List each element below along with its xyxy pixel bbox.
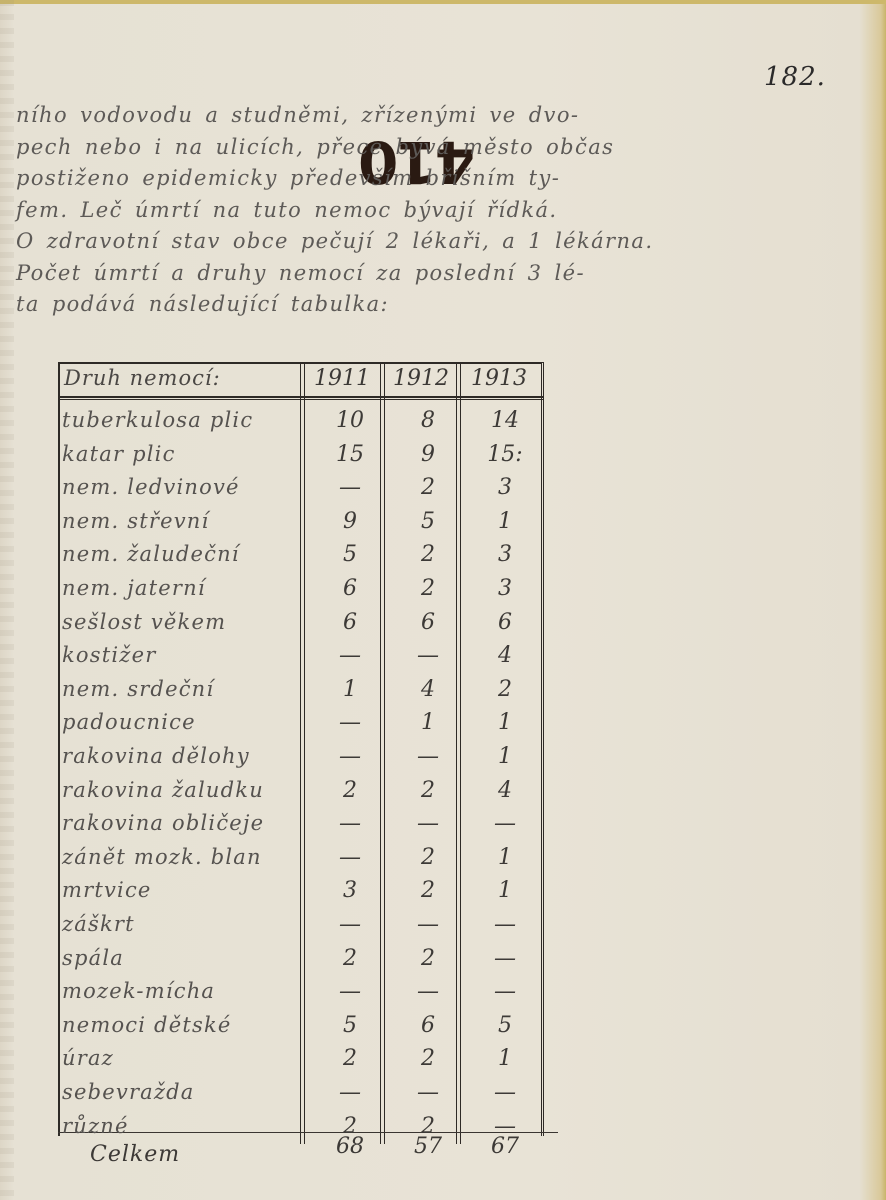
disease-name: nem. žaludeční <box>62 542 240 566</box>
table-row: kostižer——4 <box>58 643 558 676</box>
death-count-1912: — <box>393 1080 463 1105</box>
table-row: nem. žaludeční523 <box>58 542 558 575</box>
death-count-1912: 2 <box>393 878 463 903</box>
death-count-1912: 2 <box>393 845 463 870</box>
disease-name: kostižer <box>62 643 156 667</box>
death-count-1912: — <box>393 643 463 668</box>
death-count-1911: — <box>315 475 385 500</box>
disease-name: rakovina obličeje <box>62 811 264 835</box>
death-count-1911: 2 <box>315 1046 385 1071</box>
death-count-1913: — <box>470 979 540 1004</box>
death-count-1911: 2 <box>315 778 385 803</box>
death-count-1911: — <box>315 710 385 735</box>
table-row: nemoci dětské565 <box>58 1013 558 1046</box>
death-count-1912: — <box>393 912 463 937</box>
paragraph-line: Počet úmrtí a druhy nemocí za poslední 3… <box>16 258 716 290</box>
table-row: nem. střevní951 <box>58 509 558 542</box>
total-1911: 68 <box>315 1134 385 1159</box>
death-count-1911: 3 <box>315 878 385 903</box>
death-count-1913: 1 <box>470 1046 540 1071</box>
disease-name: nem. ledvinové <box>62 475 240 499</box>
paragraph-line: postiženo epidemicky především břišním t… <box>16 163 716 195</box>
death-count-1913: 3 <box>470 542 540 567</box>
death-count-1913: 3 <box>470 576 540 601</box>
death-count-1912: 5 <box>393 509 463 534</box>
table-header-year-1912: 1912 <box>384 366 458 391</box>
disease-name: spála <box>62 946 124 970</box>
page-top-edge <box>0 0 886 4</box>
death-count-1913: 3 <box>470 475 540 500</box>
disease-name: rakovina dělohy <box>62 744 250 768</box>
disease-name: tuberkulosa plic <box>62 408 253 432</box>
table-row: zánět mozk. blan—21 <box>58 845 558 878</box>
death-count-1912: — <box>393 811 463 836</box>
death-count-1911: 1 <box>315 677 385 702</box>
table-row: nem. ledvinové—23 <box>58 475 558 508</box>
table-row: padoucnice—11 <box>58 710 558 743</box>
death-count-1911: 10 <box>315 408 385 433</box>
table-row: nem. jaterní623 <box>58 576 558 609</box>
death-count-1911: — <box>315 811 385 836</box>
death-count-1911: — <box>315 845 385 870</box>
paragraph-line: ního vodovodu a studněmi, zřízenými ve d… <box>16 100 716 132</box>
binding-margin <box>0 0 14 1200</box>
table-header-year-1911: 1911 <box>305 366 379 391</box>
death-count-1913: 5 <box>470 1013 540 1038</box>
death-count-1912: 6 <box>393 610 463 635</box>
death-count-1911: — <box>315 744 385 769</box>
disease-name: nemoci dětské <box>62 1013 232 1037</box>
death-count-1912: 2 <box>393 475 463 500</box>
disease-name: sešlost věkem <box>62 610 226 634</box>
death-count-1912: 8 <box>393 408 463 433</box>
table-row: spála22— <box>58 946 558 979</box>
death-count-1912: 4 <box>393 677 463 702</box>
disease-name: nem. střevní <box>62 509 209 533</box>
death-count-1911: 9 <box>315 509 385 534</box>
death-count-1913: — <box>470 811 540 836</box>
death-count-1911: 2 <box>315 946 385 971</box>
table-header-year-1913: 1913 <box>462 366 536 391</box>
disease-name: zánět mozk. blan <box>62 845 262 869</box>
death-count-1913: 1 <box>470 509 540 534</box>
death-count-1912: 2 <box>393 542 463 567</box>
death-count-1911: 5 <box>315 1013 385 1038</box>
total-label: Celkem <box>90 1142 180 1167</box>
death-count-1913: — <box>470 1080 540 1105</box>
death-count-1911: — <box>315 979 385 1004</box>
body-paragraph: ního vodovodu a studněmi, zřízenými ve d… <box>16 100 716 321</box>
death-count-1913: 1 <box>470 845 540 870</box>
table-row: rakovina dělohy——1 <box>58 744 558 777</box>
paragraph-line: pech nebo i na ulicích, přece bývá město… <box>16 132 716 164</box>
disease-name: nem. srdeční <box>62 677 214 701</box>
death-count-1913: 4 <box>470 778 540 803</box>
disease-name: úraz <box>62 1046 114 1070</box>
death-count-1911: 5 <box>315 542 385 567</box>
disease-name: katar plic <box>62 442 176 466</box>
header-rule <box>58 396 544 400</box>
paragraph-line: O zdravotní stav obce pečují 2 lékaři, a… <box>16 226 716 258</box>
death-count-1913: 6 <box>470 610 540 635</box>
disease-name: různé <box>62 1114 129 1138</box>
death-count-1911: 6 <box>315 610 385 635</box>
death-count-1913: — <box>470 912 540 937</box>
disease-name: mrtvice <box>62 878 152 902</box>
table-row: úraz221 <box>58 1046 558 1079</box>
table-row: rakovina obličeje——— <box>58 811 558 844</box>
death-count-1911: — <box>315 1080 385 1105</box>
death-count-1913: 1 <box>470 744 540 769</box>
death-count-1913: 4 <box>470 643 540 668</box>
disease-name: rakovina žaludku <box>62 778 264 802</box>
table-row: záškrt——— <box>58 912 558 945</box>
death-count-1912: — <box>393 744 463 769</box>
table-row: tuberkulosa plic10814 <box>58 408 558 441</box>
disease-name: záškrt <box>62 912 135 936</box>
disease-name: padoucnice <box>62 710 196 734</box>
death-count-1913: 1 <box>470 710 540 735</box>
death-count-1912: 1 <box>393 710 463 735</box>
death-count-1912: 2 <box>393 576 463 601</box>
death-count-1913: — <box>470 946 540 971</box>
death-count-1911: 15 <box>315 442 385 467</box>
disease-name: mozek-mícha <box>62 979 215 1003</box>
table-header-disease-type: Druh nemocí: <box>64 366 221 390</box>
death-count-1911: 6 <box>315 576 385 601</box>
death-count-1912: 6 <box>393 1013 463 1038</box>
disease-name: nem. jaterní <box>62 576 206 600</box>
paragraph-line: fem. Leč úmrtí na tuto nemoc bývají řídk… <box>16 195 716 227</box>
death-count-1912: — <box>393 979 463 1004</box>
disease-name: sebevražda <box>62 1080 195 1104</box>
death-count-1911: — <box>315 912 385 937</box>
table-row: rakovina žaludku224 <box>58 778 558 811</box>
death-count-1913: 15: <box>470 442 540 467</box>
death-count-1912: 2 <box>393 1046 463 1071</box>
death-count-1912: 2 <box>393 778 463 803</box>
death-count-1912: 2 <box>393 946 463 971</box>
death-count-1913: 14 <box>470 408 540 433</box>
table-row: mrtvice321 <box>58 878 558 911</box>
death-count-1913: 2 <box>470 677 540 702</box>
death-count-1912: 9 <box>393 442 463 467</box>
death-count-1913: 1 <box>470 878 540 903</box>
total-1912: 57 <box>393 1134 463 1159</box>
table-row: sebevražda——— <box>58 1080 558 1113</box>
page-number: 182. <box>764 62 826 92</box>
table-row: nem. srdeční142 <box>58 677 558 710</box>
table-row: mozek-mícha——— <box>58 979 558 1012</box>
table-row: sešlost věkem666 <box>58 610 558 643</box>
total-1913: 67 <box>470 1134 540 1159</box>
table-row: katar plic15915: <box>58 442 558 475</box>
paragraph-line: ta podává následující tabulka: <box>16 289 716 321</box>
death-count-1911: — <box>315 643 385 668</box>
